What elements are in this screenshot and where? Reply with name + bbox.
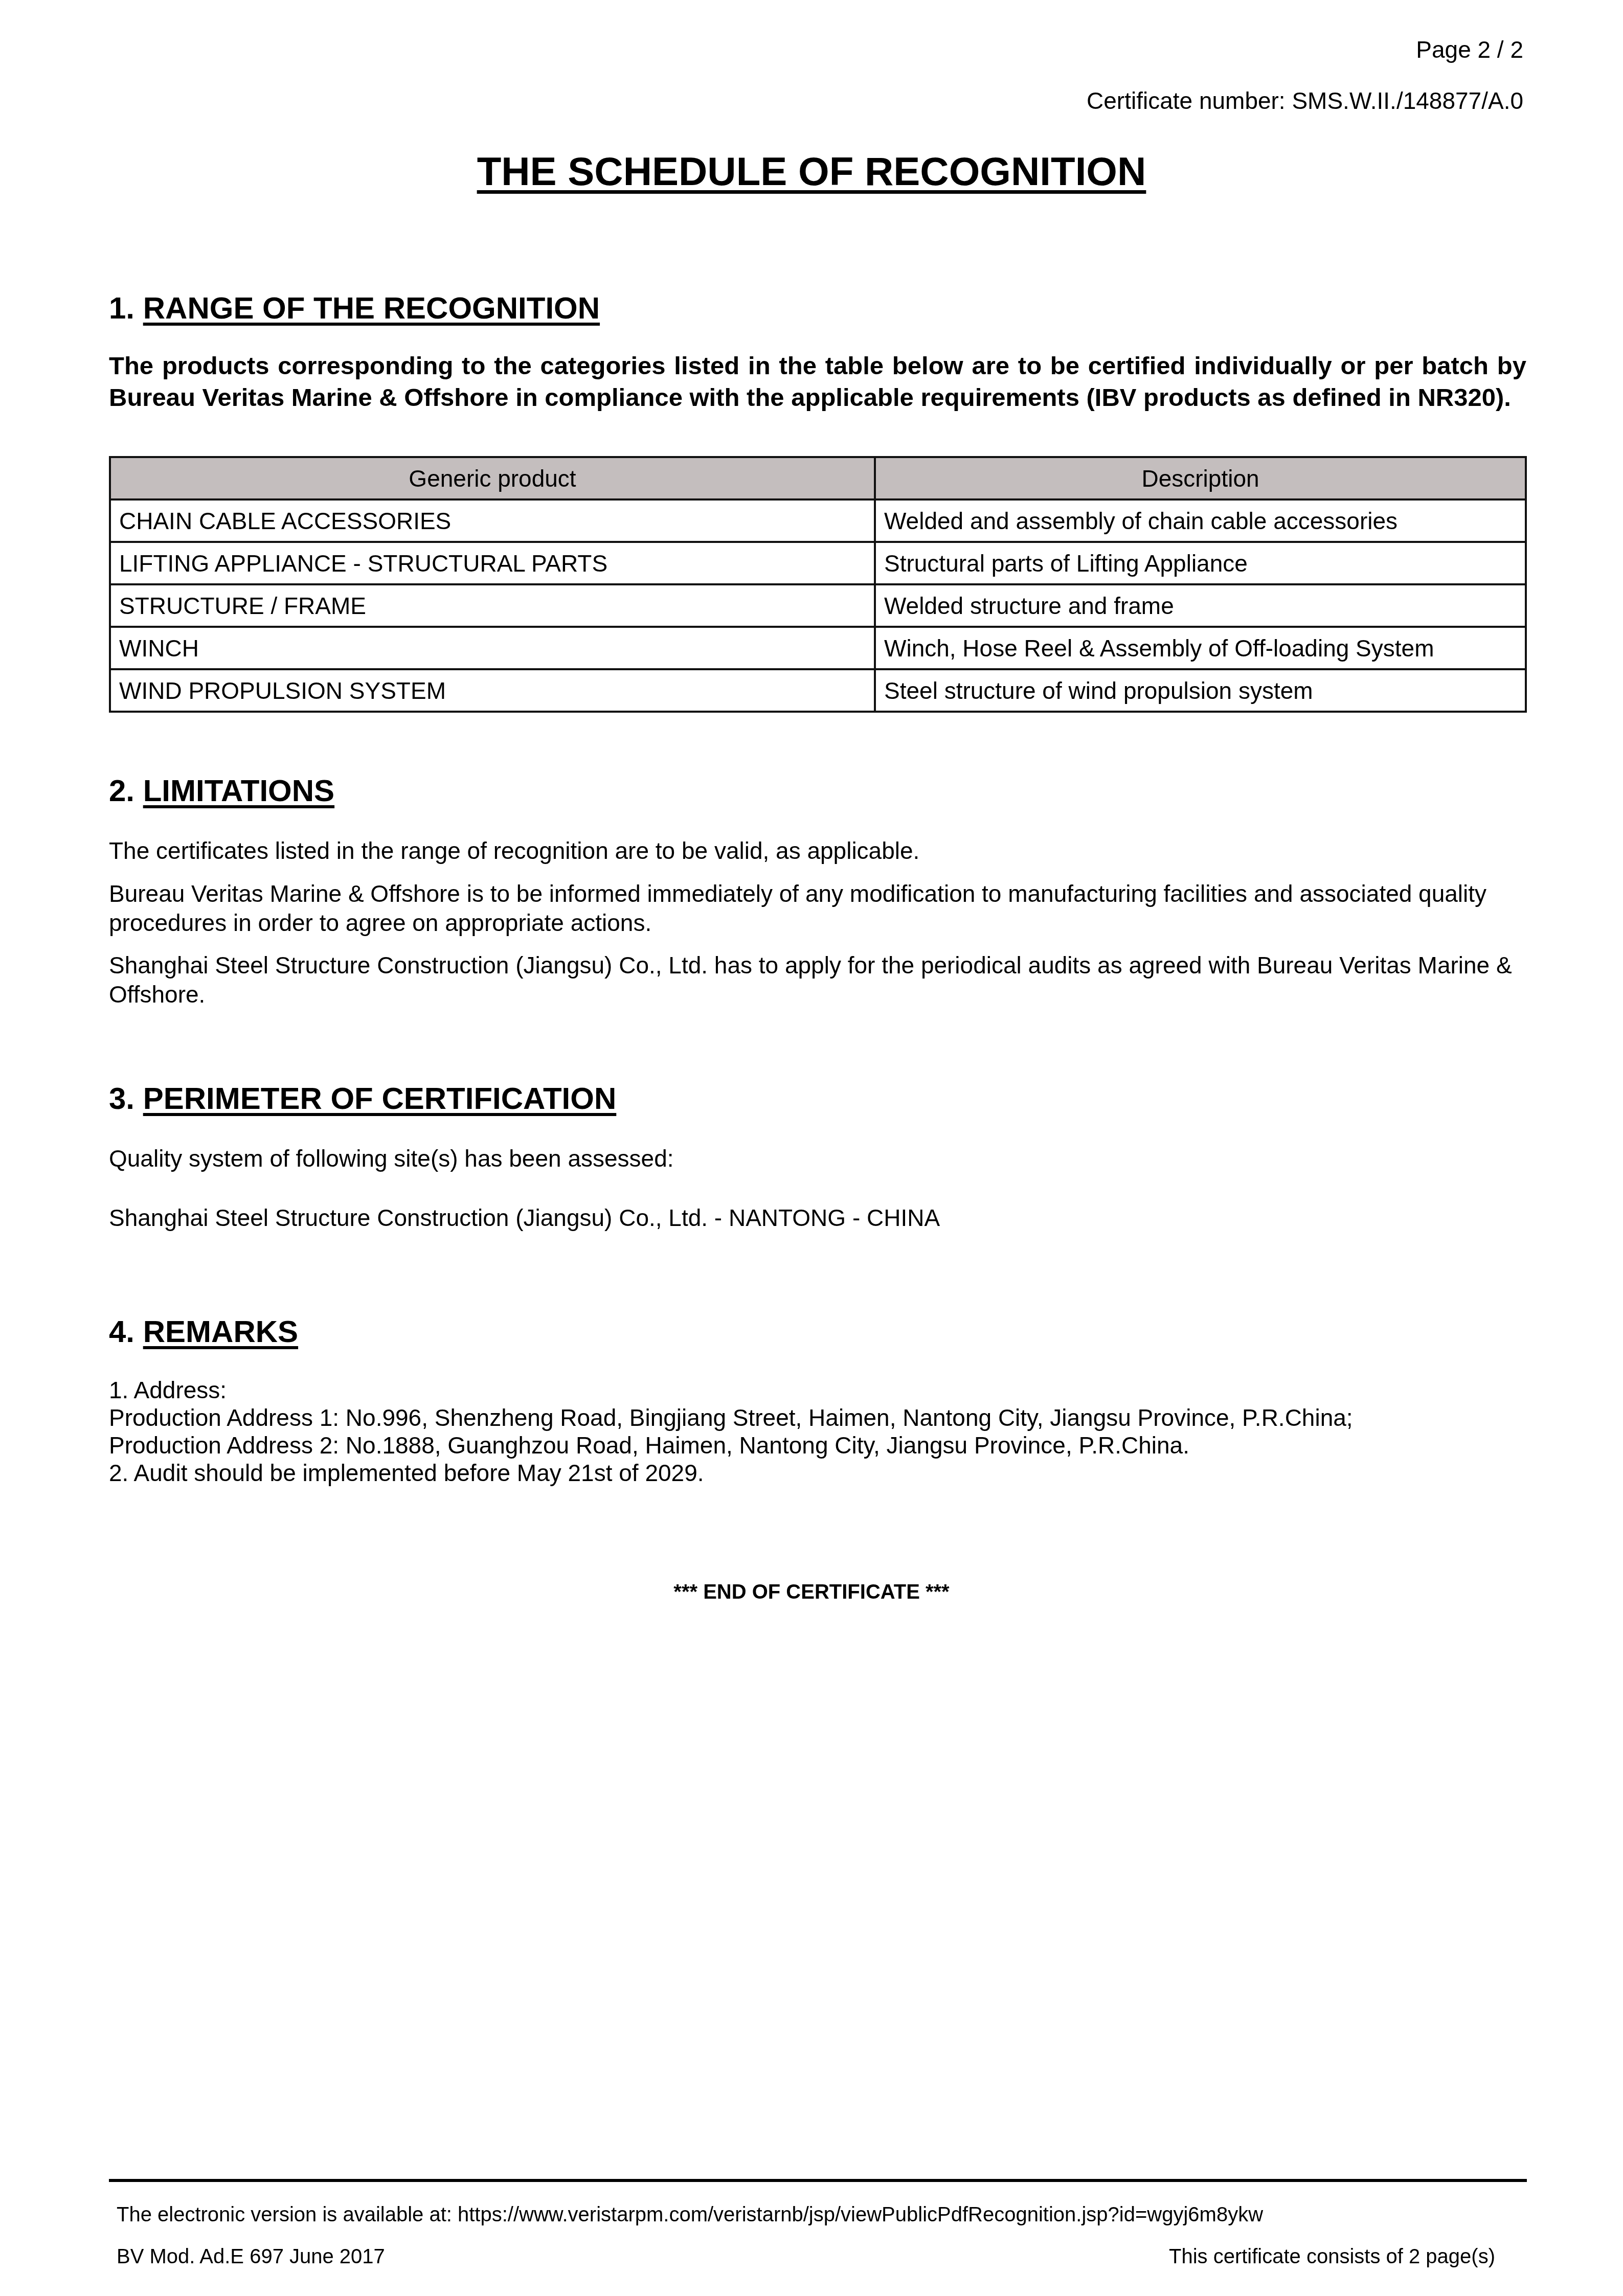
remarks-list: 1. Address: Production Address 1: No.996… xyxy=(109,1376,1526,1487)
description-cell: Steel structure of wind propulsion syste… xyxy=(875,669,1526,712)
generic-product-cell: STRUCTURE / FRAME xyxy=(110,584,875,627)
range-intro: The products corresponding to the catego… xyxy=(109,350,1526,414)
section-remarks-heading: 4. REMARKS xyxy=(109,1314,298,1349)
assessed-site: Shanghai Steel Structure Construction (J… xyxy=(109,1203,1526,1233)
table-row: WIND PROPULSION SYSTEM Steel structure o… xyxy=(110,669,1526,712)
section-perimeter-heading: 3. PERIMETER OF CERTIFICATION xyxy=(109,1081,616,1116)
recognition-table: Generic product Description CHAIN CABLE … xyxy=(109,456,1527,713)
table-row: WINCH Winch, Hose Reel & Assembly of Off… xyxy=(110,627,1526,669)
section-range-heading: 1. RANGE OF THE RECOGNITION xyxy=(109,290,600,326)
remark-line: Production Address 2: No.1888, Guanghzou… xyxy=(109,1431,1526,1459)
generic-product-cell: WIND PROPULSION SYSTEM xyxy=(110,669,875,712)
table-row: STRUCTURE / FRAME Welded structure and f… xyxy=(110,584,1526,627)
description-cell: Winch, Hose Reel & Assembly of Off-loadi… xyxy=(875,627,1526,669)
limitations-paragraph-2: Bureau Veritas Marine & Offshore is to b… xyxy=(109,879,1526,938)
remark-line: 1. Address: xyxy=(109,1376,1526,1404)
section-number: 4. xyxy=(109,1314,134,1349)
document-title: THE SCHEDULE OF RECOGNITION xyxy=(0,148,1623,195)
description-cell: Welded and assembly of chain cable acces… xyxy=(875,499,1526,542)
limitations-paragraph-1: The certificates listed in the range of … xyxy=(109,836,1526,866)
section-title: LIMITATIONS xyxy=(143,774,334,808)
generic-product-cell: LIFTING APPLIANCE - STRUCTURAL PARTS xyxy=(110,542,875,584)
section-title: REMARKS xyxy=(143,1314,298,1349)
page-number: Page 2 / 2 xyxy=(1416,36,1523,63)
section-number: 3. xyxy=(109,1081,134,1116)
document-title-text: THE SCHEDULE OF RECOGNITION xyxy=(477,149,1146,194)
remark-line: 2. Audit should be implemented before Ma… xyxy=(109,1459,1526,1487)
form-reference: BV Mod. Ad.E 697 June 2017 xyxy=(117,2245,385,2268)
section-number: 1. xyxy=(109,291,134,325)
section-limitations-heading: 2. LIMITATIONS xyxy=(109,773,334,808)
description-cell: Welded structure and frame xyxy=(875,584,1526,627)
column-header-description: Description xyxy=(875,457,1526,499)
generic-product-cell: WINCH xyxy=(110,627,875,669)
description-cell: Structural parts of Lifting Appliance xyxy=(875,542,1526,584)
footer-divider xyxy=(109,2179,1527,2182)
table-row: CHAIN CABLE ACCESSORIES Welded and assem… xyxy=(110,499,1526,542)
section-title: RANGE OF THE RECOGNITION xyxy=(143,291,600,325)
column-header-generic-product: Generic product xyxy=(110,457,875,499)
remark-line: Production Address 1: No.996, Shenzheng … xyxy=(109,1404,1526,1431)
table-row: LIFTING APPLIANCE - STRUCTURAL PARTS Str… xyxy=(110,542,1526,584)
generic-product-cell: CHAIN CABLE ACCESSORIES xyxy=(110,499,875,542)
electronic-version-note: The electronic version is available at: … xyxy=(117,2203,1263,2226)
table-header-row: Generic product Description xyxy=(110,457,1526,499)
certificate-number: Certificate number: SMS.W.II./148877/A.0 xyxy=(1087,87,1523,115)
page-count-note: This certificate consists of 2 page(s) xyxy=(1169,2245,1495,2268)
end-of-certificate: *** END OF CERTIFICATE *** xyxy=(0,1581,1623,1604)
limitations-paragraph-3: Shanghai Steel Structure Construction (J… xyxy=(109,951,1526,1009)
section-number: 2. xyxy=(109,774,134,808)
section-title: PERIMETER OF CERTIFICATION xyxy=(143,1081,617,1116)
perimeter-intro: Quality system of following site(s) has … xyxy=(109,1144,1526,1173)
